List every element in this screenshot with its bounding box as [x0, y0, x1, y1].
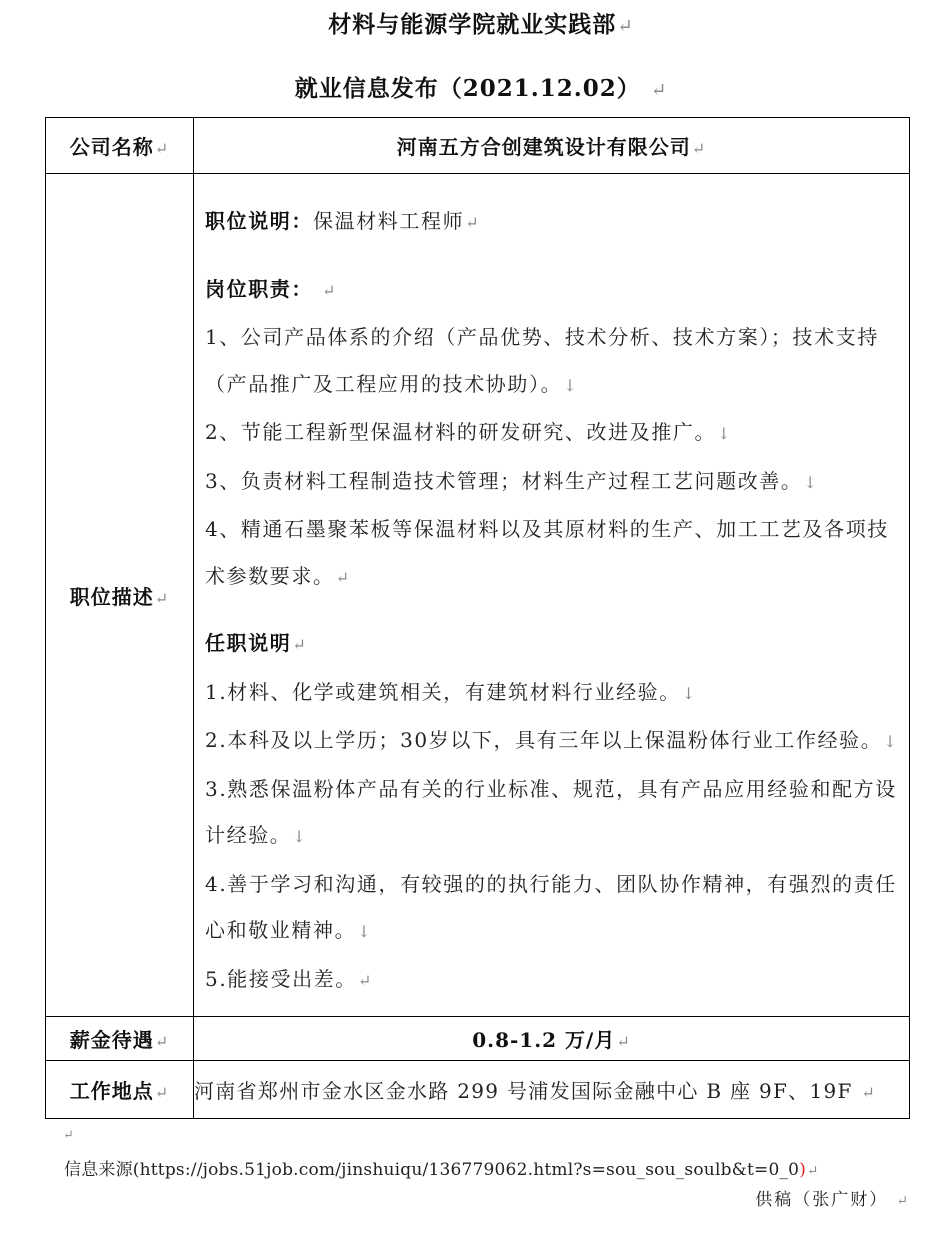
source-text: 信息来源(https://jobs.51job.com/jinshuiqu/13…	[64, 1160, 799, 1180]
description-label-cell: 职位描述↵	[46, 174, 194, 1017]
page-subtitle-text: 就业信息发布（2021.12.02）	[295, 75, 641, 102]
location-label-cell: 工作地点↵	[46, 1061, 194, 1119]
requirement-item: 4.善于学习和沟通，有较强的的执行能力、团队协作精神，有强烈的责任心和敬业精神。…	[205, 861, 899, 956]
location-value-cell: 河南省郑州市金水区金水路 299 号浦发国际金融中心 B 座 9F、19F ↵	[194, 1061, 910, 1119]
requirement-text: 3.熟悉保温粉体产品有关的行业标准、规范，具有产品应用经验和配方设计经验。	[205, 777, 897, 848]
paragraph-mark-icon: ↵	[807, 1163, 819, 1179]
duty-item: 3、负责材料工程制造技术管理；材料生产过程工艺问题改善。↓	[205, 458, 899, 507]
position-heading: 职位说明：	[205, 209, 313, 233]
duty-item: 4、精通石墨聚苯板等保温材料以及其原材料的生产、加工工艺及各项技术参数要求。↵	[205, 506, 899, 601]
company-name: 河南五方合创建筑设计有限公司	[397, 135, 691, 159]
page-title-text: 材料与能源学院就业实践部	[328, 11, 616, 38]
salary-value: 0.8-1.2 万/月	[472, 1028, 615, 1052]
paragraph-mark-icon: ↵	[617, 16, 633, 37]
paragraph-mark-icon: ↵	[336, 568, 351, 587]
paragraph-mark-icon: ↵	[292, 635, 307, 654]
requirement-text: 4.善于学习和沟通，有较强的的执行能力、团队协作精神，有强烈的责任心和敬业精神。	[205, 872, 897, 943]
paragraph-mark-icon: ↵	[692, 139, 706, 158]
line-break-icon: ↓	[717, 424, 732, 443]
credit-line: 供稿（张广财） ↵	[755, 1185, 910, 1210]
company-label-cell: 公司名称↵	[46, 118, 194, 174]
line-break-icon: ↓	[357, 922, 372, 941]
paragraph-mark-icon: ↵	[465, 213, 480, 232]
line-break-icon: ↓	[804, 473, 819, 492]
line-break-icon: ↓	[883, 732, 898, 751]
table-row-description: 职位描述↵ 职位说明：保温材料工程师↵ 岗位职责： ↵ 1、公司产品体系的介绍（…	[46, 174, 910, 1017]
requirement-item: 1.材料、化学或建筑相关，有建筑材料行业经验。↓	[205, 669, 899, 718]
salary-label-cell: 薪金待遇↵	[46, 1017, 194, 1061]
paragraph-mark-icon: ↵	[155, 589, 169, 608]
requirement-text: 1.材料、化学或建筑相关，有建筑材料行业经验。	[205, 680, 681, 704]
location-value: 河南省郑州市金水区金水路 299 号浦发国际金融中心 B 座 9F、19F	[194, 1079, 853, 1103]
location-label: 工作地点	[70, 1079, 154, 1103]
requirements-heading: 任职说明	[205, 631, 291, 655]
job-info-table: 公司名称↵ 河南五方合创建筑设计有限公司↵ 职位描述↵ 职位说明：保温材料工程师…	[45, 117, 910, 1119]
requirement-text: 2.本科及以上学历；30岁以下，具有三年以上保温粉体行业工作经验。	[205, 728, 882, 752]
paragraph-mark-icon: ↵	[861, 1083, 876, 1102]
paragraph-mark-icon: ↵	[358, 971, 373, 990]
paragraph-mark-icon: ↵	[322, 281, 337, 300]
company-value-cell: 河南五方合创建筑设计有限公司↵	[194, 118, 910, 174]
requirement-item: 2.本科及以上学历；30岁以下，具有三年以上保温粉体行业工作经验。↓	[205, 717, 899, 766]
requirement-text: 5.能接受出差。	[205, 967, 357, 991]
table-row-salary: 薪金待遇↵ 0.8-1.2 万/月↵	[46, 1017, 910, 1061]
line-break-icon: ↓	[682, 684, 697, 703]
paragraph-mark-icon: ↵	[651, 80, 667, 101]
position-line: 职位说明：保温材料工程师↵	[205, 198, 899, 247]
paragraph-mark-icon: ↵	[63, 1128, 74, 1143]
table-row-location: 工作地点↵ 河南省郑州市金水区金水路 299 号浦发国际金融中心 B 座 9F、…	[46, 1061, 910, 1119]
description-value-cell: 职位说明：保温材料工程师↵ 岗位职责： ↵ 1、公司产品体系的介绍（产品优势、技…	[194, 174, 910, 1017]
paragraph-mark-icon: ↵	[897, 1193, 910, 1209]
duty-text: 4、精通石墨聚苯板等保温材料以及其原材料的生产、加工工艺及各项技术参数要求。	[205, 517, 889, 588]
salary-label: 薪金待遇	[70, 1028, 154, 1052]
duty-text: 3、负责材料工程制造技术管理；材料生产过程工艺问题改善。	[205, 469, 803, 493]
duty-text: 2、节能工程新型保温材料的研发研究、改进及推广。	[205, 420, 716, 444]
position-title: 保温材料工程师	[313, 209, 464, 233]
paragraph-mark-icon: ↵	[616, 1032, 630, 1051]
duty-item: 2、节能工程新型保温材料的研发研究、改进及推广。↓	[205, 409, 899, 458]
salary-value-cell: 0.8-1.2 万/月↵	[194, 1017, 910, 1061]
source-close-paren: )	[799, 1160, 806, 1180]
page-title: 材料与能源学院就业实践部↵	[12, 6, 938, 39]
description-content: 职位说明：保温材料工程师↵ 岗位职责： ↵ 1、公司产品体系的介绍（产品优势、技…	[194, 174, 909, 1010]
page-subtitle: 就业信息发布（2021.12.02） ↵	[12, 70, 938, 103]
empty-paragraph: ↵	[62, 1124, 74, 1143]
paragraph-mark-icon: ↵	[155, 139, 169, 158]
paragraph-mark-icon: ↵	[155, 1083, 169, 1102]
duties-heading-line: 岗位职责： ↵	[205, 266, 899, 315]
requirements-heading-line: 任职说明↵	[205, 620, 899, 669]
description-label: 职位描述	[70, 585, 154, 609]
duty-text: 1、公司产品体系的介绍（产品优势、技术分析、技术方案）；技术支持（产品推广及工程…	[205, 325, 879, 396]
requirement-item: 3.熟悉保温粉体产品有关的行业标准、规范，具有产品应用经验和配方设计经验。↓	[205, 766, 899, 861]
line-break-icon: ↓	[292, 827, 307, 846]
paragraph-mark-icon: ↵	[155, 1032, 169, 1051]
duties-heading: 岗位职责：	[205, 277, 313, 301]
table-row-company: 公司名称↵ 河南五方合创建筑设计有限公司↵	[46, 118, 910, 174]
requirement-item: 5.能接受出差。↵	[205, 956, 899, 1005]
line-break-icon: ↓	[563, 376, 578, 395]
credit-text: 供稿（张广财）	[755, 1190, 888, 1210]
company-label: 公司名称	[70, 135, 154, 159]
duty-item: 1、公司产品体系的介绍（产品优势、技术分析、技术方案）；技术支持（产品推广及工程…	[205, 314, 899, 409]
source-line: 信息来源(https://jobs.51job.com/jinshuiqu/13…	[64, 1155, 819, 1180]
